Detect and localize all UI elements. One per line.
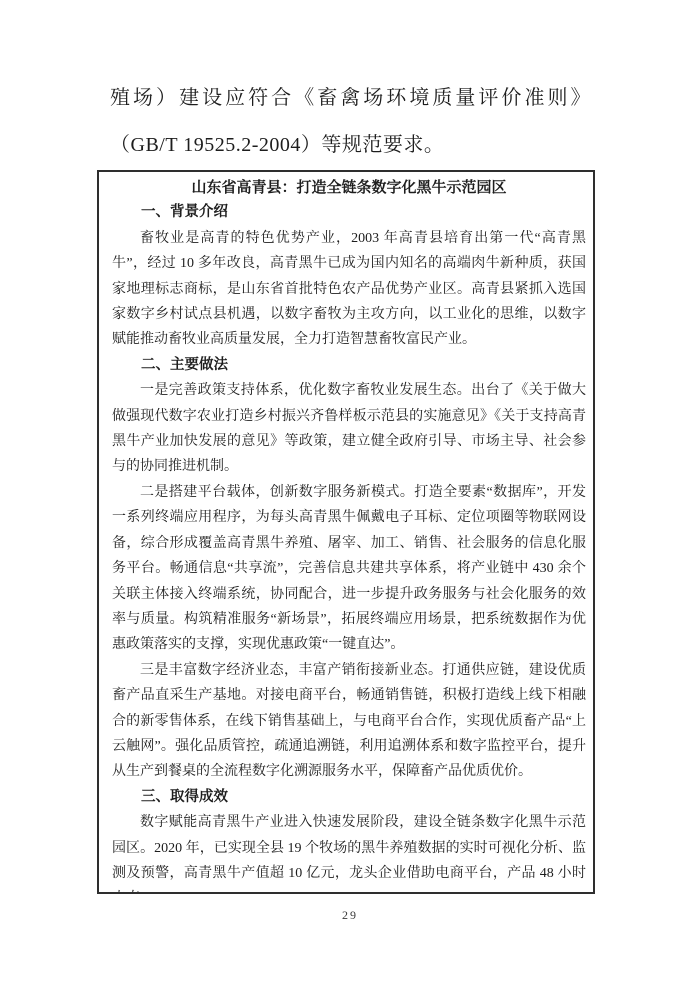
section-heading-main-practices: 二、主要做法 xyxy=(112,353,586,378)
body-paragraph: 畜牧业是高青的特色优势产业，2003 年高青县培育出第一代“高青黑牛”，经过 1… xyxy=(112,226,586,353)
case-box-title: 山东省高青县：打造全链条数字化黑牛示范园区 xyxy=(112,175,586,200)
section-heading-background: 一、背景介绍 xyxy=(112,200,586,225)
case-study-box: 山东省高青县：打造全链条数字化黑牛示范园区 一、背景介绍 畜牧业是高青的特色优势… xyxy=(97,170,595,894)
document-page: 殖场）建设应符合《畜禽场环境质量评价准则》（GB/T 19525.2-2004）… xyxy=(0,0,700,990)
body-paragraph: 二是搭建平台载体，创新数字服务新模式。打造全要素“数据库”，开发一系列终端应用程… xyxy=(112,480,586,658)
section-heading-achievements: 三、取得成效 xyxy=(112,785,586,810)
section-main-practices: 二、主要做法 一是完善政策支持体系，优化数字畜牧业发展生态。出台了《关于做大做强… xyxy=(112,353,586,785)
body-paragraph: 数字赋能高青黑牛产业进入快速发展阶段，建设全链条数字化黑牛示范园区。2020 年… xyxy=(112,810,586,894)
body-paragraph: 三是丰富数字经济业态，丰富产销衔接新业态。打通供应链，建设优质畜产品直采生产基地… xyxy=(112,658,586,785)
section-background: 一、背景介绍 畜牧业是高青的特色优势产业，2003 年高青县培育出第一代“高青黑… xyxy=(112,200,586,352)
intro-paragraph: 殖场）建设应符合《畜禽场环境质量评价准则》（GB/T 19525.2-2004）… xyxy=(110,75,591,169)
page-number: 29 xyxy=(0,908,700,923)
body-paragraph: 一是完善政策支持体系，优化数字畜牧业发展生态。出台了《关于做大做强现代数字农业打… xyxy=(112,378,586,480)
section-achievements: 三、取得成效 数字赋能高青黑牛产业进入快速发展阶段，建设全链条数字化黑牛示范园区… xyxy=(112,785,586,894)
